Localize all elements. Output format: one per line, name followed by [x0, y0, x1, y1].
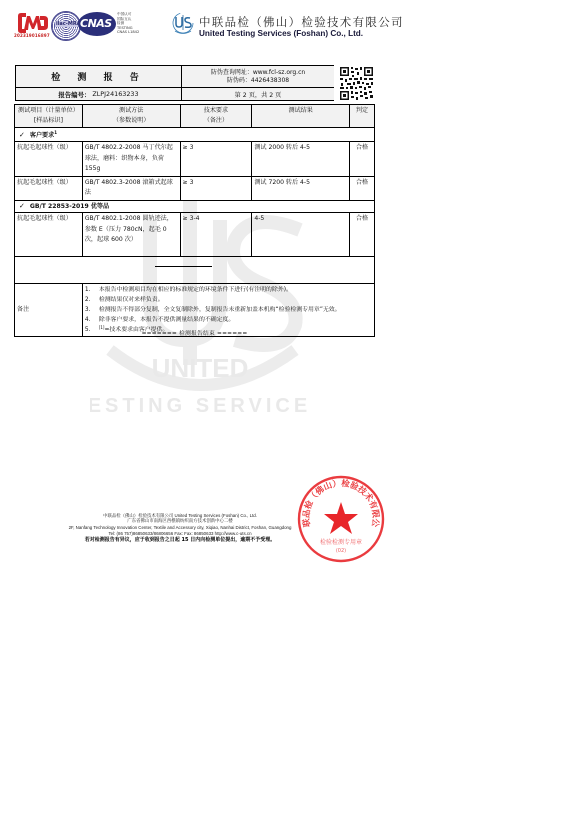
- verdict: 合格: [350, 213, 375, 257]
- svg-text:UNITED: UNITED: [152, 353, 249, 383]
- table-row: 抗起毛起球性（级） GB/T 4802.1-2008 圆轨迹法，参数 E（压力 …: [15, 213, 375, 257]
- remark-text: 检测报告不得部分复制，全文复制除外，复制报告未重新加盖本机构“检验检测专用章”无…: [99, 305, 341, 315]
- table-header-row: 测试项目（计量单位）[样品标识] 测试方法（参数说明） 技术要求（备注） 测试结…: [15, 105, 375, 128]
- cnas-side-line: CNAS L1842: [117, 30, 139, 35]
- column-header-line1: 技术要求: [183, 106, 250, 116]
- results-table: 测试项目（计量单位）[样品标识] 测试方法（参数说明） 技术要求（备注） 测试结…: [14, 104, 375, 337]
- column-header-line1: 测试项目（计量单位）: [17, 106, 80, 116]
- svg-text:检验检测专用章: 检验检测专用章: [320, 538, 362, 546]
- test-item: 抗起毛起球性（级）: [15, 142, 83, 177]
- requirement: ≥ 3: [180, 142, 252, 177]
- report-header-box: 检 测 报 告 防伪查询网址：www.fcl-sz.org.cn 防伪码：442…: [15, 65, 334, 101]
- test-result: 测试 2000 转后 4-5: [252, 142, 350, 177]
- test-result: 测试 7200 转后 4-5: [252, 176, 350, 200]
- blank-cell: [15, 257, 375, 284]
- footer-disclaimer: 若对检测报告有异议，应于收到报告之日起 15 日内向检测单位提出，逾期不予受理。: [30, 537, 330, 543]
- remark-number: 2.: [85, 295, 99, 305]
- query-url: 防伪查询网址：www.fcl-sz.org.cn: [211, 69, 305, 77]
- cnas-label: CNAS: [80, 17, 112, 30]
- verdict: 合格: [350, 142, 375, 177]
- remark-item: 4.除非客户要求，本报告不提供测量结果的不确定度。: [85, 315, 372, 325]
- test-item: 抗起毛起球性（级）: [15, 213, 83, 257]
- column-header: 判定: [350, 105, 375, 128]
- remark-item: 3.检测报告不得部分复制，全文复制除外，复制报告未重新加盖本机构“检验检测专用章…: [85, 305, 372, 315]
- section-title: GB/T 22853-2019 优等品: [30, 203, 109, 210]
- table-row: 抗起毛起球性（级） GB/T 4802.3-2008 滚箱式起球法 ≥ 3 测试…: [15, 176, 375, 200]
- company-name-en: United Testing Services (Foshan) Co., Lt…: [199, 29, 363, 38]
- check-icon: ✓: [19, 131, 25, 139]
- table-row: 抗起毛起球性（级） GB/T 4802.2-2008 马丁代尔起球法，磨料：织物…: [15, 142, 375, 177]
- cma-logo-icon: [16, 12, 50, 34]
- report-end-mark: ======= 检测报告结束 ======: [14, 328, 375, 337]
- cma-number: 202319016897: [14, 33, 50, 38]
- svg-text:(02): (02): [336, 548, 346, 554]
- uts-logo-icon: [172, 12, 194, 36]
- qr-code-icon[interactable]: [339, 66, 374, 101]
- column-header-line1: 判定: [352, 106, 372, 116]
- report-number-cell: 报告编号： ZLPJ24163233: [16, 88, 182, 100]
- section-title-cell: ✓客户要求1: [15, 128, 375, 142]
- footer: 中联品检（佛山）检验技术有限公司 United Testing Services…: [30, 513, 330, 543]
- remark-text: 本报告中检测项目均在相应的标准规定的环境条件下进行(有注明的除外)。: [99, 285, 292, 295]
- column-header-line2: （备注）: [183, 116, 250, 126]
- report-number: ZLPJ24163233: [92, 90, 138, 98]
- verdict: 合格: [350, 176, 375, 200]
- remark-item: 1.本报告中检测项目均在相应的标准规定的环境条件下进行(有注明的除外)。: [85, 285, 372, 295]
- column-header: 测试方法（参数说明）: [82, 105, 180, 128]
- test-result: 4-5: [252, 213, 350, 257]
- remark-text: 除非客户要求，本报告不提供测量结果的不确定度。: [99, 315, 234, 325]
- section-title-cell: ✓GB/T 22853-2019 优等品: [15, 201, 375, 213]
- separator-line: [155, 266, 212, 267]
- column-header-line1: 测试方法: [85, 106, 178, 116]
- check-icon: ✓: [19, 202, 25, 210]
- svg-text:TESTING SERVICES: TESTING SERVICES: [90, 395, 310, 417]
- anti-fake-info: 防伪查询网址：www.fcl-sz.org.cn 防伪码：4426438308: [182, 66, 334, 88]
- remark-number: 3.: [85, 305, 99, 315]
- report-title: 检 测 报 告: [16, 66, 182, 88]
- test-item: 抗起毛起球性（级）: [15, 176, 83, 200]
- section-row: ✓GB/T 22853-2019 优等品: [15, 201, 375, 213]
- remark-number: 1.: [85, 285, 99, 295]
- column-header: 测试项目（计量单位）[样品标识]: [15, 105, 83, 128]
- footnote-marker: 1: [54, 130, 57, 135]
- column-header: 测试结果: [252, 105, 350, 128]
- section-title: 客户要求: [30, 132, 54, 139]
- requirement: ≥ 3: [180, 176, 252, 200]
- remark-number: 4.: [85, 315, 99, 325]
- page-info: 第 2 页，共 2 页: [182, 88, 334, 100]
- test-method: GB/T 4802.2-2008 马丁代尔起球法，磨料：织物本身，负荷155g: [82, 142, 180, 177]
- test-method: GB/T 4802.3-2008 滚箱式起球法: [82, 176, 180, 200]
- official-seal-icon: 中联品检（佛山）检验技术有限公司 检验检测专用章 (02): [296, 474, 386, 564]
- column-header-line1: 测试结果: [254, 106, 347, 116]
- remark-item: 2.检测结果仅对来样负责。: [85, 295, 372, 305]
- report-number-label: 报告编号：: [58, 90, 90, 99]
- section-row: ✓客户要求1: [15, 128, 375, 142]
- cnas-side-text: 中国认可 国际互认 检测 TESTING CNAS L1842: [117, 12, 139, 35]
- anti-fake-code: 防伪码：4426438308: [227, 77, 289, 85]
- column-header-line2: [样品标识]: [17, 116, 80, 126]
- column-header-line2: （参数说明）: [85, 116, 178, 126]
- test-method: GB/T 4802.1-2008 圆轨迹法，参数 E（压力 780cN，起毛 0…: [82, 213, 180, 257]
- company-name-cn: 中联品检（佛山）检验技术有限公司: [199, 14, 404, 30]
- requirement: ≥ 3-4: [180, 213, 252, 257]
- column-header: 技术要求（备注）: [180, 105, 252, 128]
- blank-row: [15, 257, 375, 284]
- remark-text: 检测结果仅对来样负责。: [99, 295, 164, 305]
